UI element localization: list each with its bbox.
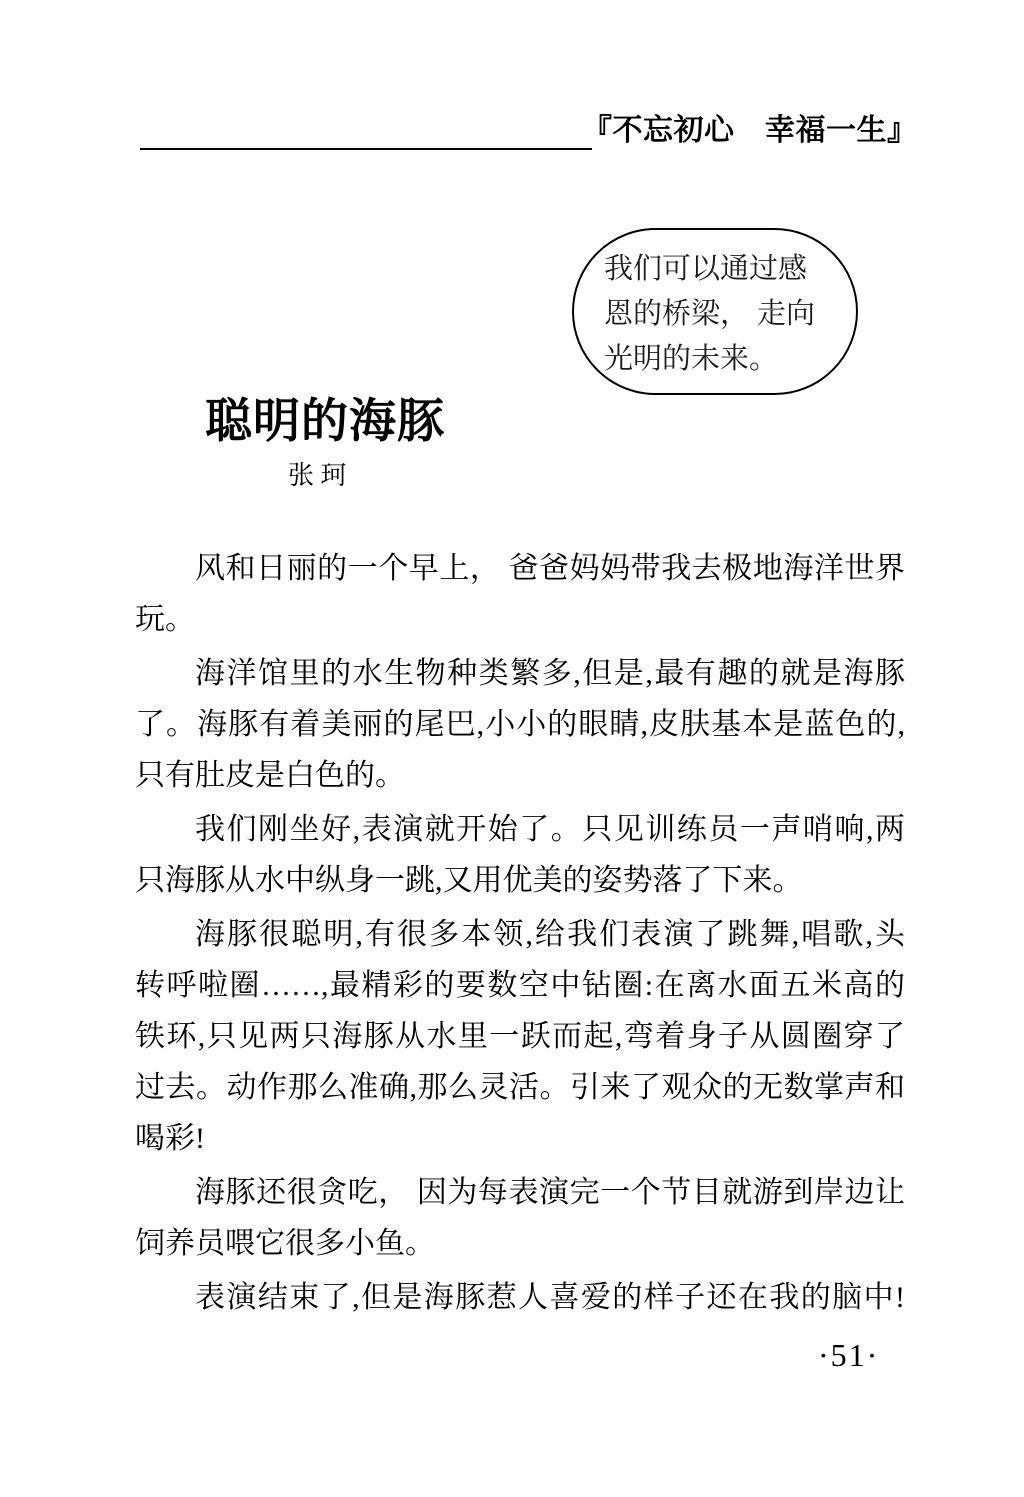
running-header-title: 『不忘初心 幸福一生』 [582, 112, 918, 150]
paragraph: 海豚很聪明,有很多本领,给我们表演了跳舞,唱歌,头 转呼啦圈……,最精彩的要数空… [135, 909, 905, 1164]
paragraph: 风和日丽的一个早上， 爸爸妈妈带我去极地海洋世界 玩。 [135, 543, 905, 645]
text-line: 过去。动作那么准确,那么灵活。引来了观众的无数掌声和 [135, 1062, 905, 1113]
article-author: 张 珂 [288, 459, 347, 493]
text-line: 了。海豚有着美丽的尾巴,小小的眼睛,皮肤基本是蓝色的, [135, 699, 905, 750]
text-line: 海豚还很贪吃， 因为每表演完一个节目就游到岸边让 [135, 1167, 905, 1218]
document-page: 『不忘初心 幸福一生』 我们可以通过感 恩的桥梁， 走向 光明的未来。 聪明的海… [0, 0, 1024, 1497]
text-line: 喝彩! [135, 1113, 905, 1164]
text-line: 铁环,只见两只海豚从水里一跃而起,弯着身子从圆圈穿了 [135, 1011, 905, 1062]
speech-bubble-line: 光明的未来。 [604, 337, 815, 382]
page-number: ·51· [818, 1335, 879, 1375]
text-line: 表演结束了,但是海豚惹人喜爱的样子还在我的脑中! [135, 1272, 905, 1323]
header-rule [140, 148, 592, 150]
speech-bubble-text: 我们可以通过感 恩的桥梁， 走向 光明的未来。 [604, 247, 815, 382]
speech-bubble-line: 恩的桥梁， 走向 [604, 292, 815, 337]
text-line: 只海豚从水中纵身一跳,又用优美的姿势落了下来。 [135, 855, 905, 906]
text-line: 我们刚坐好,表演就开始了。只见训练员一声哨响,两 [135, 804, 905, 855]
text-line: 饲养员喂它很多小鱼。 [135, 1218, 905, 1269]
paragraph: 表演结束了,但是海豚惹人喜爱的样子还在我的脑中! [135, 1272, 905, 1323]
article-title: 聪明的海豚 [205, 395, 445, 449]
text-line: 海豚很聪明,有很多本领,给我们表演了跳舞,唱歌,头 [135, 909, 905, 960]
speech-bubble-line: 我们可以通过感 [604, 247, 815, 292]
text-line: 风和日丽的一个早上， 爸爸妈妈带我去极地海洋世界 [135, 543, 905, 594]
text-line: 转呼啦圈……,最精彩的要数空中钻圈:在离水面五米高的 [135, 960, 905, 1011]
text-line: 海洋馆里的水生物种类繁多,但是,最有趣的就是海豚 [135, 648, 905, 699]
paragraph: 我们刚坐好,表演就开始了。只见训练员一声哨响,两 只海豚从水中纵身一跳,又用优美… [135, 804, 905, 906]
paragraph: 海洋馆里的水生物种类繁多,但是,最有趣的就是海豚 了。海豚有着美丽的尾巴,小小的… [135, 648, 905, 801]
article-body: 风和日丽的一个早上， 爸爸妈妈带我去极地海洋世界 玩。 海洋馆里的水生物种类繁多… [135, 543, 905, 1323]
text-line: 只有肚皮是白色的。 [135, 750, 905, 801]
text-line: 玩。 [135, 594, 905, 645]
paragraph: 海豚还很贪吃， 因为每表演完一个节目就游到岸边让 饲养员喂它很多小鱼。 [135, 1167, 905, 1269]
speech-bubble: 我们可以通过感 恩的桥梁， 走向 光明的未来。 [572, 228, 858, 395]
